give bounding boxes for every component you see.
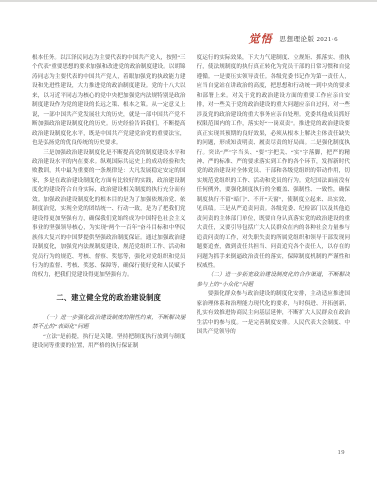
section-heading: 二、建立健全党的政治建设制度 (32, 293, 186, 303)
subsection-heading: （二）进一步拓宽政治建设制度化的合作渠道，不断解决参与上的“小众化”问题 (197, 271, 351, 290)
scan-edge (0, 0, 377, 2)
body-paragraph: “立法”是前提，执行是关键。坚持把制度执行放到与制度建设同等重要的位置，用严格的… (32, 333, 186, 352)
article-body: 根本任务。以江泽民同志为主要代表的中国共产党人，按照“三个代表”重要思想的要求加… (32, 54, 350, 448)
left-column: 根本任务。以江泽民同志为主要代表的中国共产党人，按照“三个代表”重要思想的要求加… (32, 54, 186, 448)
right-column: 度运行的实际效果，下大力气建制度、立规矩、抓落实、重执行，使法规制度的执行真正转… (197, 54, 351, 448)
page-number: 19 (338, 449, 346, 456)
journal-logo: 觉悟 (248, 33, 272, 45)
body-paragraph: 要强化群众参与政治建设的制度化安排，主动适应推进国家治理体系和治理能力现代化的要… (197, 290, 351, 337)
body-paragraph: 根本任务。以江泽民同志为主要代表的中国共产党人，按照“三个代表”重要思想的要求加… (32, 54, 186, 149)
body-paragraph: 三是加强政治建设制度化是不断提高党的制度建设水平和政治建设水平的内在要求。纵观国… (32, 149, 186, 281)
page-header: 觉悟 思想理论版 2021·6 (0, 29, 338, 47)
journal-page: 觉悟 思想理论版 2021·6 根本任务。以江泽民同志为主要代表的中国共产党人，… (0, 0, 377, 480)
edition-info: 思想理论版 2021·6 (279, 36, 338, 43)
subsection-heading: （一）进一步强化政治建设制度的刚性约束，不断解决屡禁不止的“表面化”问题 (32, 314, 186, 333)
body-paragraph: 度运行的实际效果，下大力气建制度、立规矩、抓落实、重执行，使法规制度的执行真正转… (197, 54, 351, 271)
